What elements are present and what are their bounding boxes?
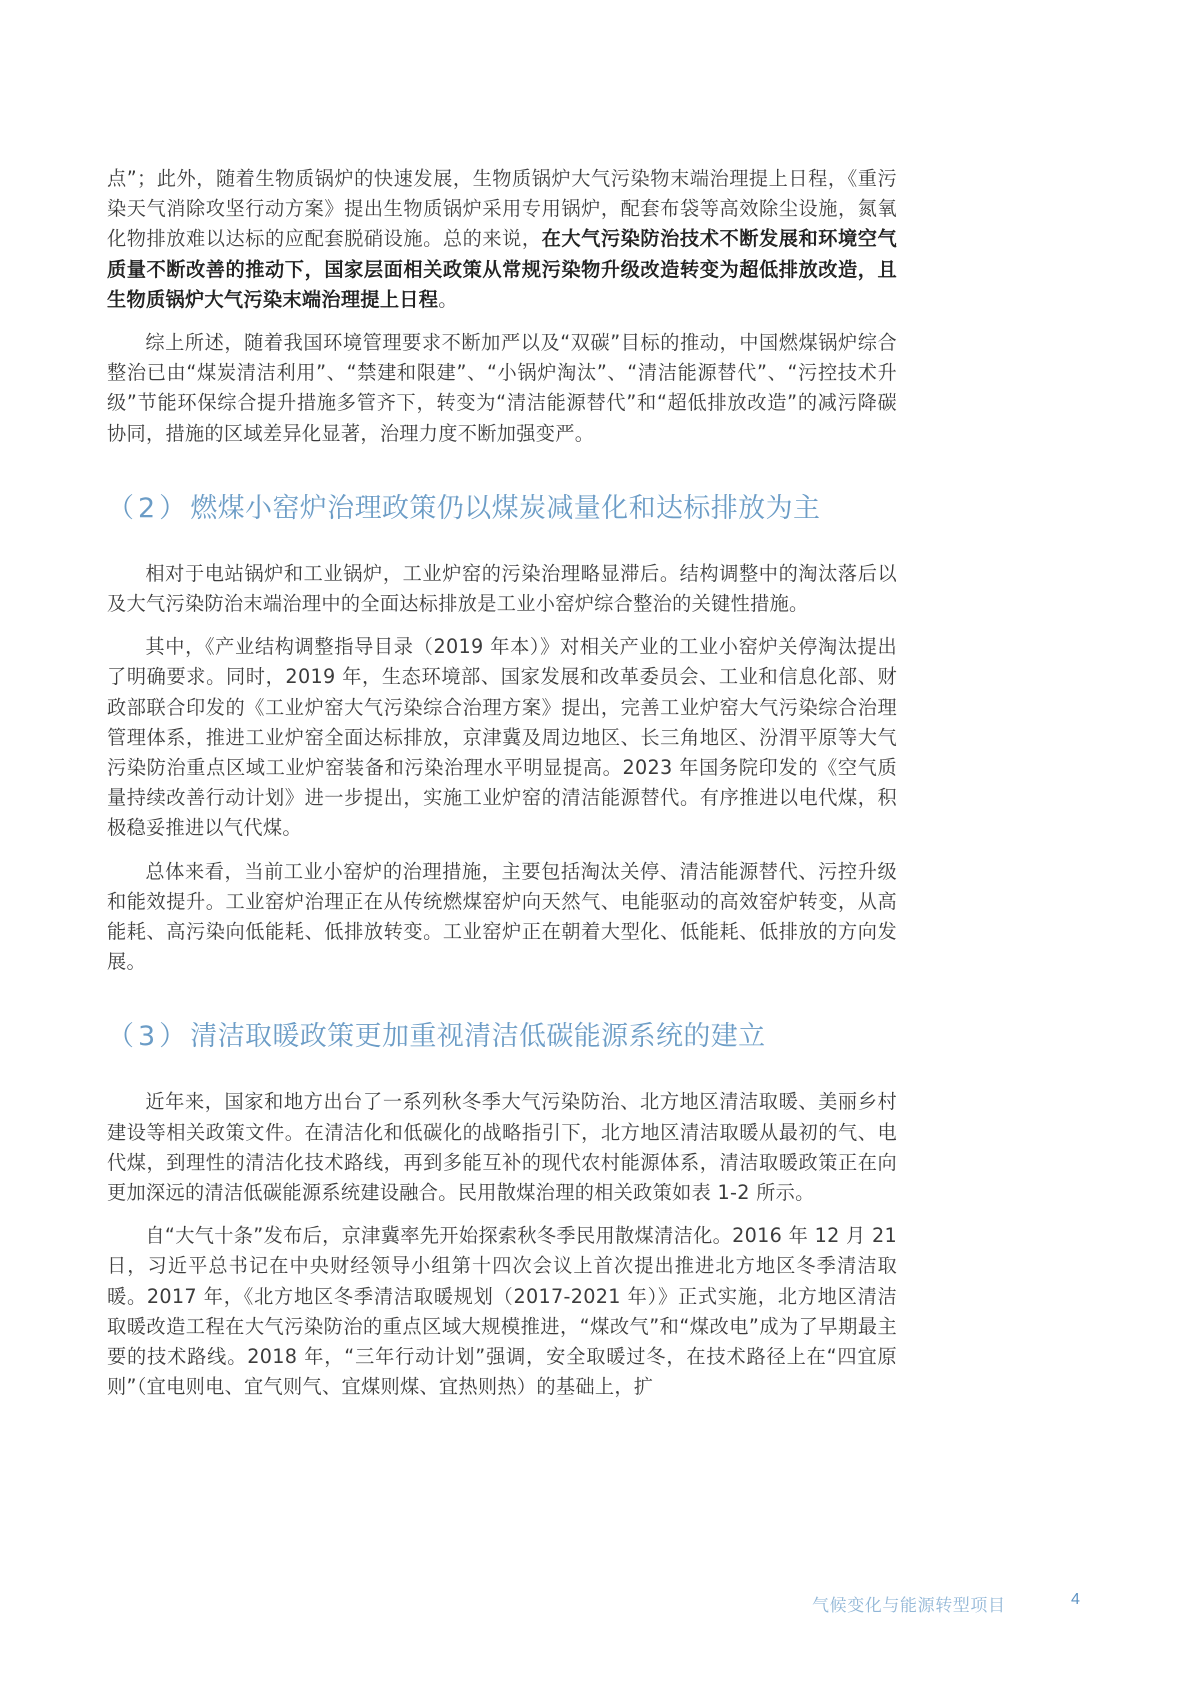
paragraph-end: 。 <box>438 288 458 311</box>
section-heading-2: （2）燃煤小窑炉治理政策仍以煤炭减量化和达标排放为主 <box>107 491 897 527</box>
footer-title: 气候变化与能源转型项目 <box>812 1591 1006 1616</box>
section-number: （2） <box>107 493 190 524</box>
section-number: （3） <box>107 1021 190 1052</box>
body-paragraph: 总体来看，当前工业小窑炉的治理措施，主要包括淘汰关停、清洁能源替代、污控升级和能… <box>107 857 897 978</box>
continuation-paragraph: 点”；此外，随着生物质锅炉的快速发展，生物质锅炉大气污染物末端治理提上日程，《重… <box>107 164 897 315</box>
page-number: 4 <box>1071 1591 1080 1609</box>
body-paragraph: 其中，《产业结构调整指导目录（2019 年本）》对相关产业的工业小窑炉关停淘汰提… <box>107 632 897 843</box>
section-title: 燃煤小窑炉治理政策仍以煤炭减量化和达标排放为主 <box>190 493 820 524</box>
body-paragraph: 自“大气十条”发布后，京津冀率先开始探索秋冬季民用散煤清洁化。2016 年 12… <box>107 1221 897 1402</box>
body-paragraph: 近年来，国家和地方出台了一系列秋冬季大气污染防治、北方地区清洁取暖、美丽乡村建设… <box>107 1087 897 1208</box>
page-content: 点”；此外，随着生物质锅炉的快速发展，生物质锅炉大气污染物末端治理提上日程，《重… <box>107 164 897 1416</box>
page-footer: 气候变化与能源转型项目 4 <box>0 1591 1191 1615</box>
summary-paragraph: 综上所述，随着我国环境管理要求不断加严以及“双碳”目标的推动，中国燃煤锅炉综合整… <box>107 328 897 449</box>
body-paragraph: 相对于电站锅炉和工业锅炉，工业炉窑的污染治理略显滞后。结构调整中的淘汰落后以及大… <box>107 559 897 619</box>
section-heading-3: （3）清洁取暖政策更加重视清洁低碳能源系统的建立 <box>107 1019 897 1055</box>
section-title: 清洁取暖政策更加重视清洁低碳能源系统的建立 <box>190 1021 765 1052</box>
